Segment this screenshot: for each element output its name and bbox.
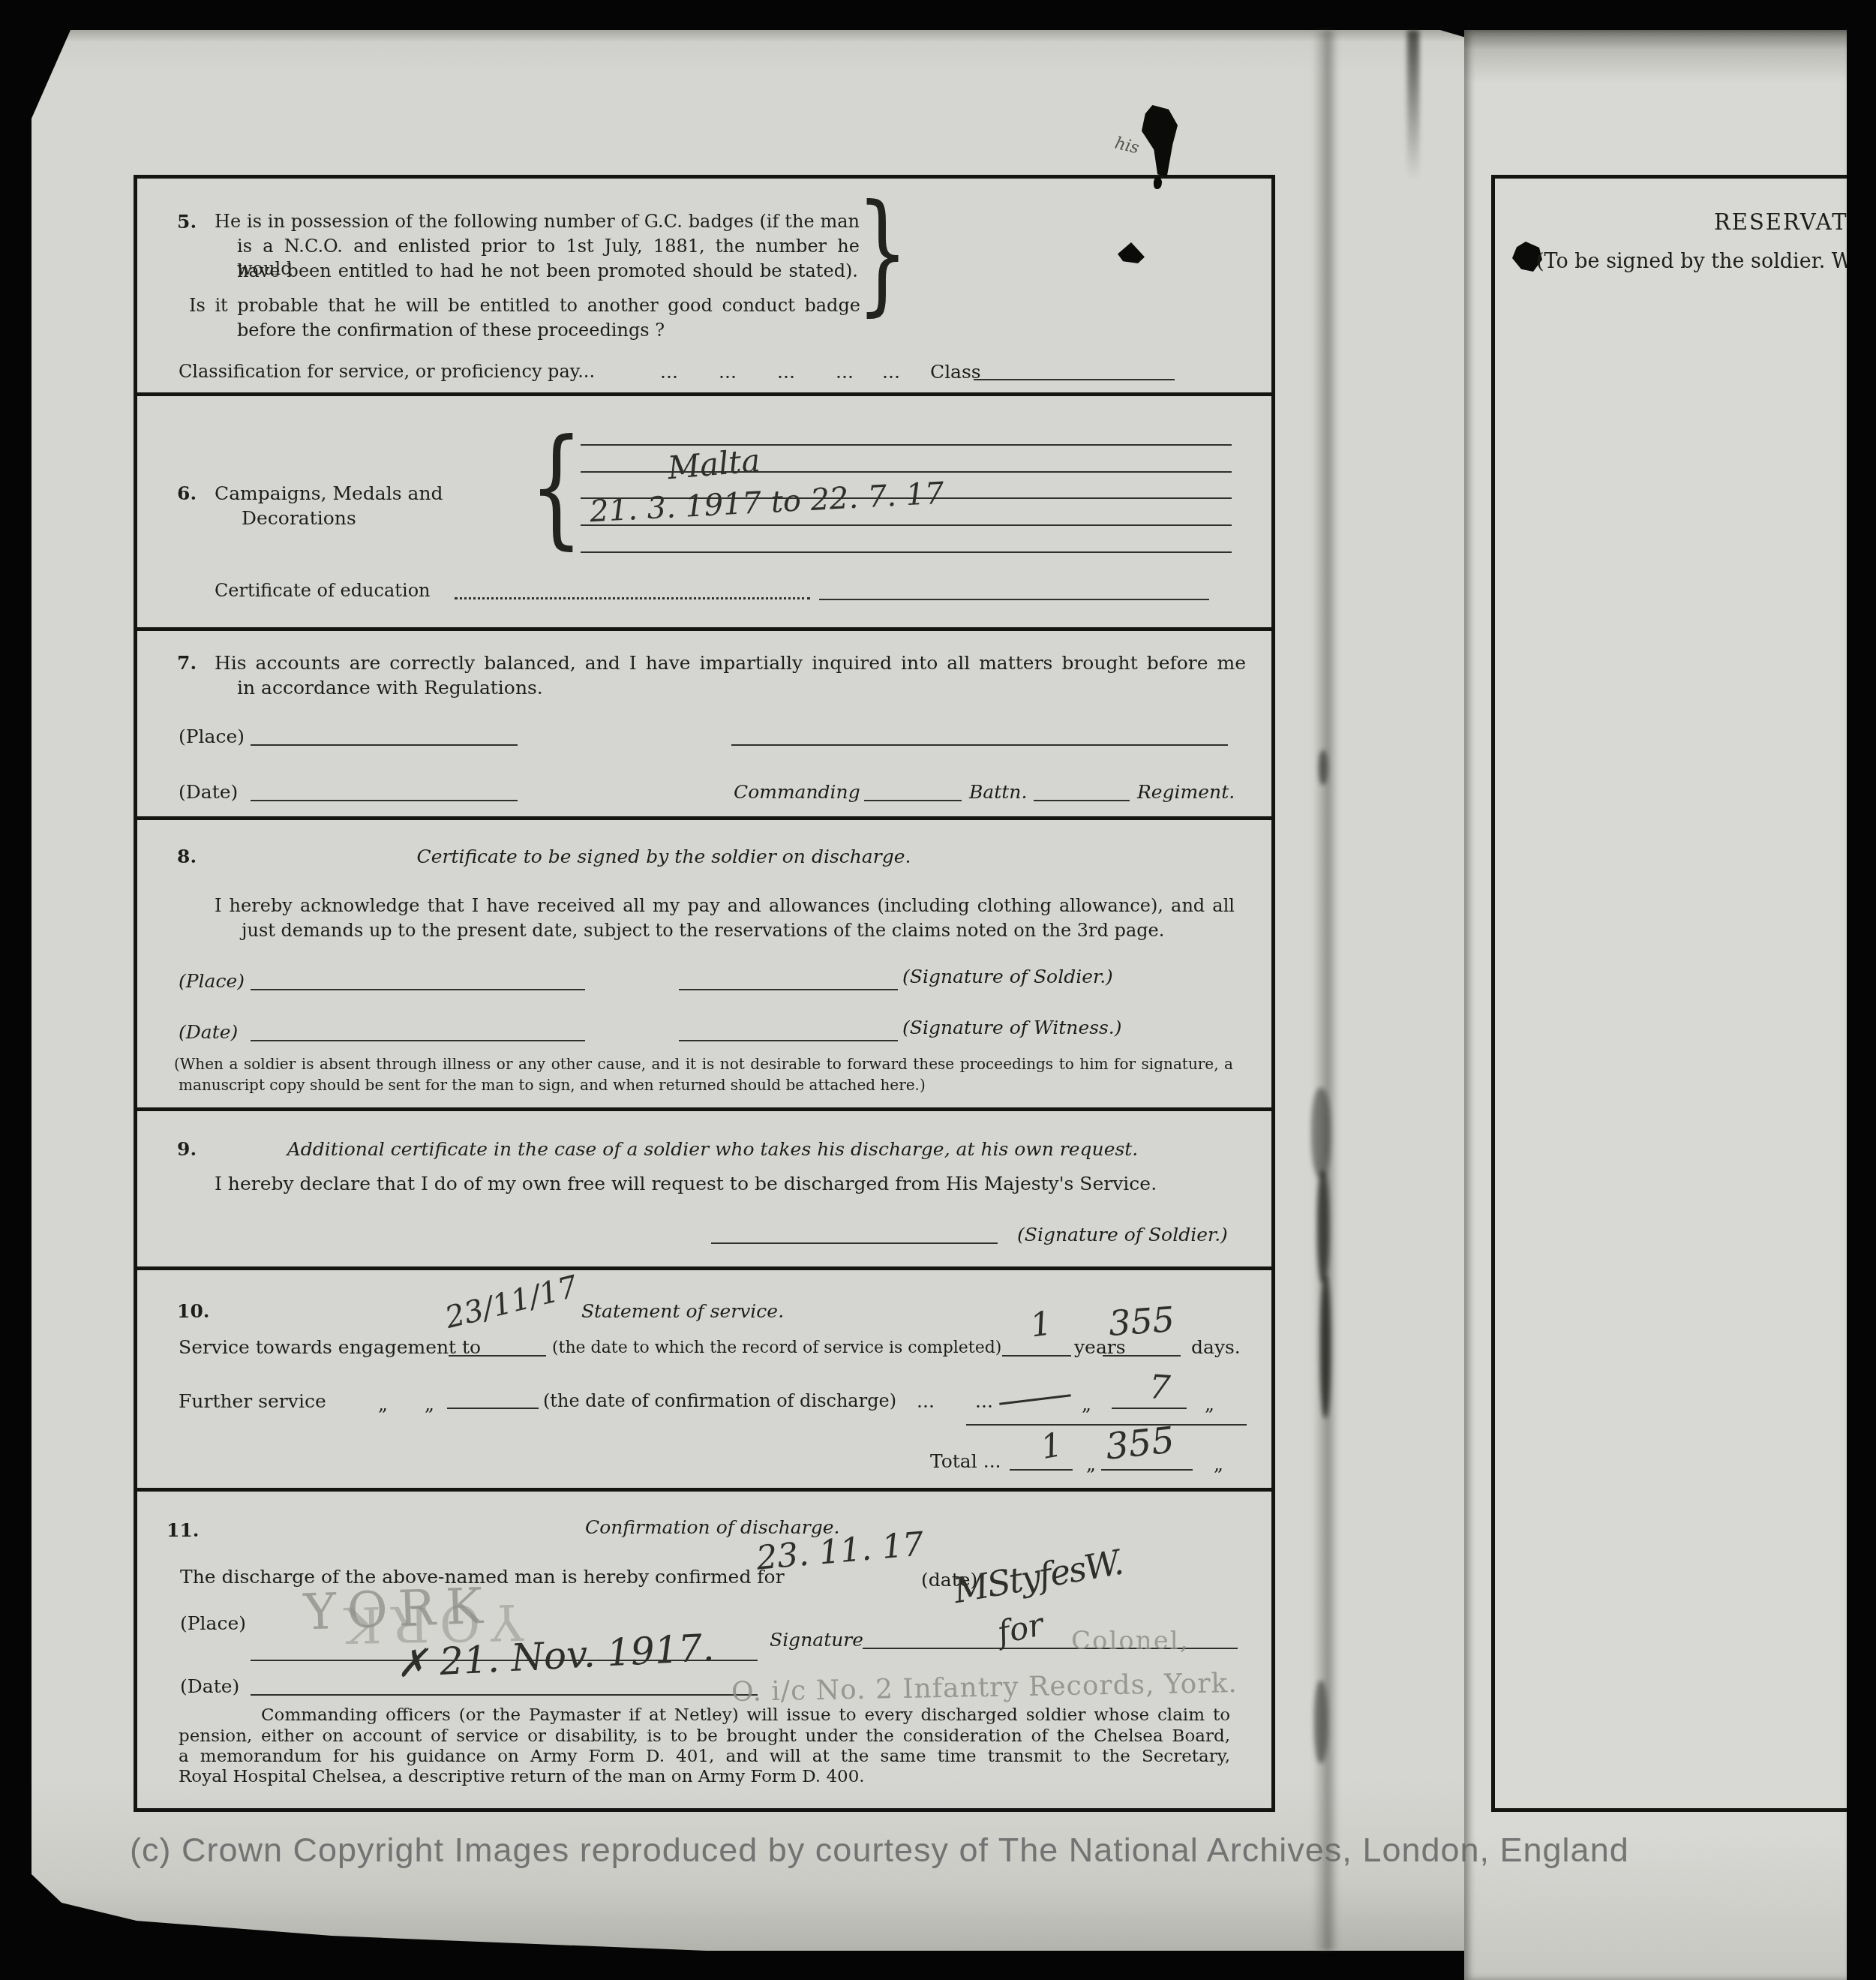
section6-number: 6. <box>177 482 197 505</box>
section-divider <box>134 1107 1275 1111</box>
section5-question-line1: Is it probable that he will be entitled … <box>189 294 860 317</box>
section5-line3: have been entitled to had he not been pr… <box>237 260 858 282</box>
date-label: (Date) <box>179 1020 238 1044</box>
stitch-mark <box>1314 1681 1328 1763</box>
section10-number: 10. <box>177 1299 210 1323</box>
campaigns-label-line1: Campaigns, Medals and <box>215 482 443 505</box>
total-label: Total ... <box>930 1450 1001 1473</box>
section-divider <box>134 627 1275 631</box>
section9-line1: I hereby declare that I do of my own fre… <box>215 1172 1157 1195</box>
crown-copyright-watermark: (c) Crown Copyright Images reproduced by… <box>130 1831 1629 1870</box>
section11-number: 11. <box>167 1519 200 1542</box>
certificate-education-label: Certificate of education <box>215 579 431 602</box>
days-blank <box>1103 1355 1181 1357</box>
ditto-mark: „ <box>378 1393 388 1416</box>
commanding-signature-line <box>731 744 1228 746</box>
reservations-title: RESERVATIO <box>1714 209 1847 236</box>
handwritten-total-days: 355 <box>1104 1422 1176 1465</box>
footer-line2: pension, either on account of service or… <box>179 1726 1230 1747</box>
signature-of-soldier-label: (Signature of Soldier.) <box>1017 1223 1228 1246</box>
ditto-mark: „ <box>425 1393 434 1416</box>
campaigns-rule <box>581 524 1232 526</box>
signature-of-soldier-label: (Signature of Soldier.) <box>902 965 1113 988</box>
leader-dots: ... <box>836 360 854 383</box>
section-divider <box>134 1488 1275 1492</box>
handwritten-days: 355 <box>1108 1302 1176 1341</box>
section5-brace: } <box>857 188 908 318</box>
section5-line1: He is in possession of the following num… <box>215 210 860 233</box>
place-label: (Place) <box>179 969 245 993</box>
leader-dots: ... <box>917 1390 935 1413</box>
ditto-mark: „ <box>1086 1453 1096 1476</box>
section8-number: 8. <box>177 845 197 868</box>
battn-blank-line <box>864 800 962 801</box>
section-divider <box>134 1266 1275 1270</box>
section7-line2: in accordance with Regulations. <box>237 676 543 699</box>
section8-line1: I hereby acknowledge that I have receive… <box>215 894 1235 917</box>
section8-note-line2: manuscript copy should be sent for the m… <box>179 1076 926 1095</box>
section7-line1: His accounts are correctly balanced, and… <box>215 651 1246 675</box>
certificate-blank-line <box>819 599 1209 600</box>
witness-signature-line <box>679 1040 898 1041</box>
section7-number: 7. <box>177 651 197 675</box>
leader-dots: ... <box>719 360 737 383</box>
handwritten-campaign: Malta <box>666 445 761 485</box>
right-box-left-border <box>1491 175 1495 1812</box>
section9-heading: Additional certificate in the case of a … <box>248 1137 1178 1161</box>
date-label: (Date) <box>180 1675 239 1698</box>
leader-dots: ... <box>777 360 795 383</box>
class-blank-line <box>974 379 1175 380</box>
to-be-signed-line: (To be signed by the soldier. Wh <box>1536 249 1847 275</box>
place-label: (Place) <box>179 725 245 748</box>
place-blank-line <box>251 989 585 990</box>
battn-label: Battn. <box>969 780 1027 804</box>
handwritten-further-days: 7 <box>1148 1371 1171 1405</box>
section6-brace: { <box>530 422 583 551</box>
spine-crease <box>1313 30 1338 1951</box>
spine-top-smudge <box>1407 30 1419 180</box>
date-label: (Date) <box>179 780 238 804</box>
scanned-document: RESERVATIO (To be signed by the soldier.… <box>0 0 1876 1980</box>
handwritten-for: for <box>995 1609 1046 1649</box>
handwritten-years: 1 <box>1028 1307 1054 1342</box>
record-completed-paren: (the date to which the record of service… <box>552 1338 1001 1359</box>
days-label: days. <box>1191 1336 1241 1359</box>
colonel-stamp: Colonel, <box>1071 1628 1190 1654</box>
date-blank-line <box>251 1040 585 1041</box>
confirmation-paren: (the date of confirmation of discharge) <box>543 1390 896 1412</box>
ditto-mark: „ <box>1082 1393 1091 1416</box>
leader-dots: ... <box>975 1390 993 1413</box>
further-service-blank <box>447 1408 539 1409</box>
soldier-signature-line <box>679 989 898 990</box>
ditto-mark: „ <box>1205 1393 1214 1416</box>
right-box-bottom-border <box>1491 1808 1847 1812</box>
footer-line3: a memorandum for his guidance on Army Fo… <box>179 1746 1230 1768</box>
campaigns-rule <box>581 444 1232 446</box>
right-box-top-border <box>1491 175 1847 179</box>
stitch-mark <box>1311 1088 1331 1178</box>
certificate-dotted-leader <box>455 579 810 599</box>
stitch-mark <box>1317 1170 1329 1283</box>
section5-question-line2: before the confirmation of these proceed… <box>237 319 665 341</box>
further-days-blank <box>1112 1408 1187 1409</box>
service-date-blank <box>449 1355 546 1357</box>
total-years-blank <box>1010 1469 1073 1471</box>
stitch-mark <box>1319 750 1328 785</box>
leader-dots: ... <box>660 360 678 383</box>
ditto-mark: „ <box>1214 1453 1223 1476</box>
section5-number: 5. <box>177 210 197 233</box>
footer-line4: Royal Hospital Chelsea, a descriptive re… <box>179 1766 865 1788</box>
commanding-label: Commanding <box>734 780 860 804</box>
years-blank <box>1002 1355 1071 1357</box>
section8-heading: Certificate to be signed by the soldier … <box>255 845 1073 868</box>
regiment-blank-line <box>1034 800 1130 801</box>
place-label: (Place) <box>180 1612 246 1635</box>
date-blank-line <box>251 1694 758 1696</box>
regiment-label: Regiment. <box>1137 780 1235 804</box>
section8-note-line1: (When a soldier is absent through illnes… <box>174 1055 1233 1074</box>
campaigns-label-line2: Decorations <box>242 506 356 530</box>
section9-number: 9. <box>177 1137 197 1161</box>
section-divider <box>134 816 1275 820</box>
date-blank-line <box>251 800 518 801</box>
section-divider <box>134 392 1275 396</box>
right-page-sheet: RESERVATIO (To be signed by the soldier.… <box>1464 30 1847 1980</box>
section8-line2: just demands up to the present date, sub… <box>242 919 1164 942</box>
campaigns-rule <box>581 551 1232 553</box>
leader-dots: ... <box>882 360 900 383</box>
footer-line1: Commanding officers (or the Paymaster if… <box>261 1705 1230 1726</box>
further-service-label: Further service <box>179 1390 326 1413</box>
classification-label: Classification for service, or proficien… <box>179 360 595 383</box>
service-towards-label: Service towards engagement to <box>179 1336 481 1359</box>
signature-of-witness-label: (Signature of Witness.) <box>902 1016 1122 1039</box>
total-days-blank <box>1101 1469 1193 1471</box>
signature-label: Signature <box>770 1628 863 1651</box>
soldier-signature-line <box>711 1242 998 1244</box>
place-blank-line <box>251 744 518 746</box>
stitch-mark <box>1320 1275 1331 1418</box>
